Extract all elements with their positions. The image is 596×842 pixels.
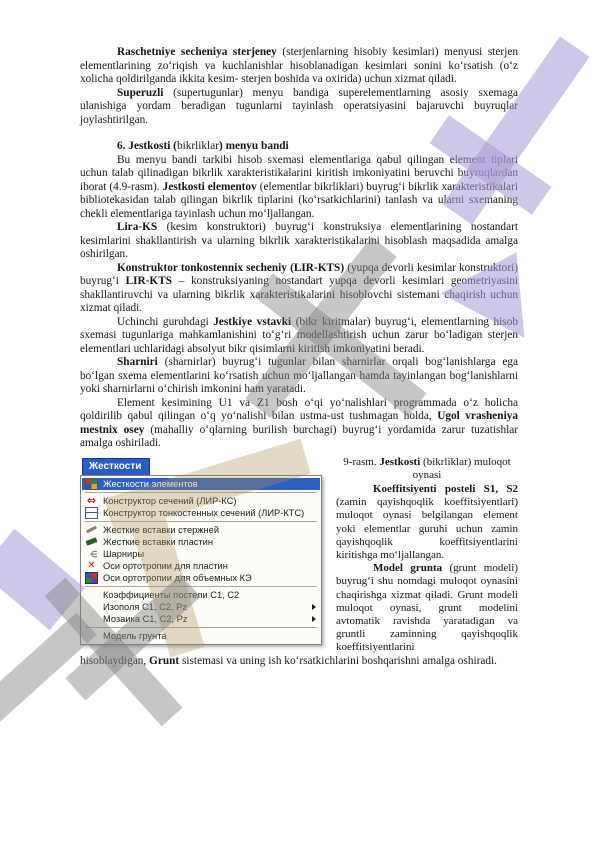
menu-icon-spacer bbox=[85, 601, 98, 613]
menu-item-koeffitsienty-posteli[interactable]: Коэффициенты постели С1, С2 bbox=[82, 589, 320, 601]
menu-item-label: Мозаика С1, С2, Pz bbox=[103, 613, 188, 625]
menu-item-zhestkie-vstavki-plastin[interactable]: Жесткие вставки пластин bbox=[82, 536, 320, 548]
main-text: Raschetniye secheniya sterjeney (sterjen… bbox=[80, 46, 518, 451]
menu-item-label: Коэффициенты постели С1, С2 bbox=[103, 589, 239, 601]
section-heading-jestkosti: 6. Jestkosti (bikrliklar) menyu bandi bbox=[80, 140, 518, 154]
menu-item-label: Модель грунта bbox=[103, 630, 167, 642]
paragraph-koeffitsiyenti-posteli: Koeffitsiyenti posteli S1, S2 (zamin qay… bbox=[336, 483, 518, 562]
closing-text: hisoblaydigan, Grunt sistemasi va uning … bbox=[80, 655, 518, 669]
menu-icon-spacer bbox=[85, 630, 98, 642]
rigid-inserts-bars-icon bbox=[85, 524, 98, 536]
menu-item-konstruktor-secheniy[interactable]: Конструктор сечений (ЛИР-КС) bbox=[82, 495, 320, 507]
sections-constructor-icon bbox=[85, 495, 98, 507]
figure-side-text: 9-rasm. Jestkosti (bikrliklar) muloqot o… bbox=[336, 456, 518, 655]
menu-item-label: Жесткости элементов bbox=[103, 478, 198, 490]
paragraph-jestkosti-elementov: Bu menyu bandi tarkibi hisob sxemasi ele… bbox=[80, 154, 518, 222]
menu-item-label: Изополя С1, С2, Pz bbox=[103, 601, 187, 613]
paragraph-raschetniye-secheniya: Raschetniye secheniya sterjeney (sterjen… bbox=[80, 46, 518, 87]
menu-item-model-grunta[interactable]: Модель грунта bbox=[82, 630, 320, 642]
menu-item-sharniry[interactable]: Шарниры bbox=[82, 548, 320, 560]
menu-separator bbox=[85, 627, 317, 628]
menu-icon-spacer bbox=[85, 613, 98, 625]
menu-item-label: Конструктор сечений (ЛИР-КС) bbox=[103, 495, 237, 507]
orthotropy-plates-icon bbox=[85, 560, 98, 572]
paragraph-model-grunta: Model grunta (grunt modeli) buyrug‘i shu… bbox=[336, 562, 518, 654]
menu-item-izopolya[interactable]: Изополя С1, С2, Pz bbox=[82, 601, 320, 613]
menu-title-tab[interactable]: Жесткости bbox=[82, 458, 150, 475]
document-page: Raschetniye secheniya sterjeney (sterjen… bbox=[0, 0, 596, 842]
figure-row: Жесткости Жесткости элементовКонструктор… bbox=[80, 456, 518, 655]
page-content: Raschetniye secheniya sterjeney (sterjen… bbox=[80, 46, 518, 668]
menu-item-label: Жесткие вставки стержней bbox=[103, 524, 219, 536]
menu-item-konstruktor-tonkostennykh[interactable]: Конструктор тонкостенных сечений (ЛИР-КТ… bbox=[82, 507, 320, 519]
menu-separator bbox=[85, 586, 317, 587]
menu-separator bbox=[85, 492, 317, 493]
paragraph-lir-kts: Konstruktor tonkostennix secheniy (LIR-K… bbox=[80, 262, 518, 316]
paragraph-jestkiye-vstavki: Uchinchi guruhdagi Jestkiye vstavki (bik… bbox=[80, 316, 518, 357]
thin-walled-constructor-icon bbox=[85, 507, 98, 519]
jestkosti-menu: Жесткости элементовКонструктор сечений (… bbox=[80, 475, 322, 645]
menu-item-label: Оси ортотропии для пластин bbox=[103, 560, 228, 572]
menu-item-label: Шарниры bbox=[103, 548, 144, 560]
menu-item-zhestkosti-elementov[interactable]: Жесткости элементов bbox=[82, 478, 320, 490]
menu-item-label: Жесткие вставки пластин bbox=[103, 536, 213, 548]
menu-item-osi-ortotropii-plastin[interactable]: Оси ортотропии для пластин bbox=[82, 560, 320, 572]
jestkosti-menu-figure: Жесткости Жесткости элементовКонструктор… bbox=[80, 456, 332, 645]
orthotropy-solids-icon bbox=[85, 572, 98, 584]
hinges-icon bbox=[85, 548, 98, 560]
paragraph-lira-ks: Lira-KS (kesim konstruktori) buyrug‘i ko… bbox=[80, 221, 518, 262]
paragraph-grunt-closing: hisoblaydigan, Grunt sistemasi va uning … bbox=[80, 655, 518, 669]
paragraph-superuzli: Superuzli (supertugunlar) menyu bandiga … bbox=[80, 87, 518, 128]
figure-caption: 9-rasm. Jestkosti (bikrliklar) muloqot o… bbox=[336, 456, 518, 482]
menu-icon-spacer bbox=[85, 589, 98, 601]
menu-item-label: Оси ортотропии для объемных КЭ bbox=[103, 572, 252, 584]
submenu-arrow-icon bbox=[312, 604, 316, 610]
menu-separator bbox=[85, 521, 317, 522]
submenu-arrow-icon bbox=[312, 616, 316, 622]
paragraph-ugol-vrasheniya: Element kesimining U1 va Z1 bosh o‘qi yo… bbox=[80, 397, 518, 451]
paragraph-sharniri: Sharniri (sharnirlar) buyrug‘i tugunlar … bbox=[80, 356, 518, 397]
menu-item-label: Конструктор тонкостенных сечений (ЛИР-КТ… bbox=[103, 507, 304, 519]
rigid-inserts-plates-icon bbox=[85, 536, 98, 548]
menu-item-osi-ortotropii-obyomnykh[interactable]: Оси ортотропии для объемных КЭ bbox=[82, 572, 320, 584]
elements-icon bbox=[85, 478, 98, 490]
menu-item-zhestkie-vstavki-sterzhney[interactable]: Жесткие вставки стержней bbox=[82, 524, 320, 536]
watermark-shape bbox=[0, 529, 85, 630]
menu-item-mozaika[interactable]: Мозаика С1, С2, Pz bbox=[82, 613, 320, 625]
